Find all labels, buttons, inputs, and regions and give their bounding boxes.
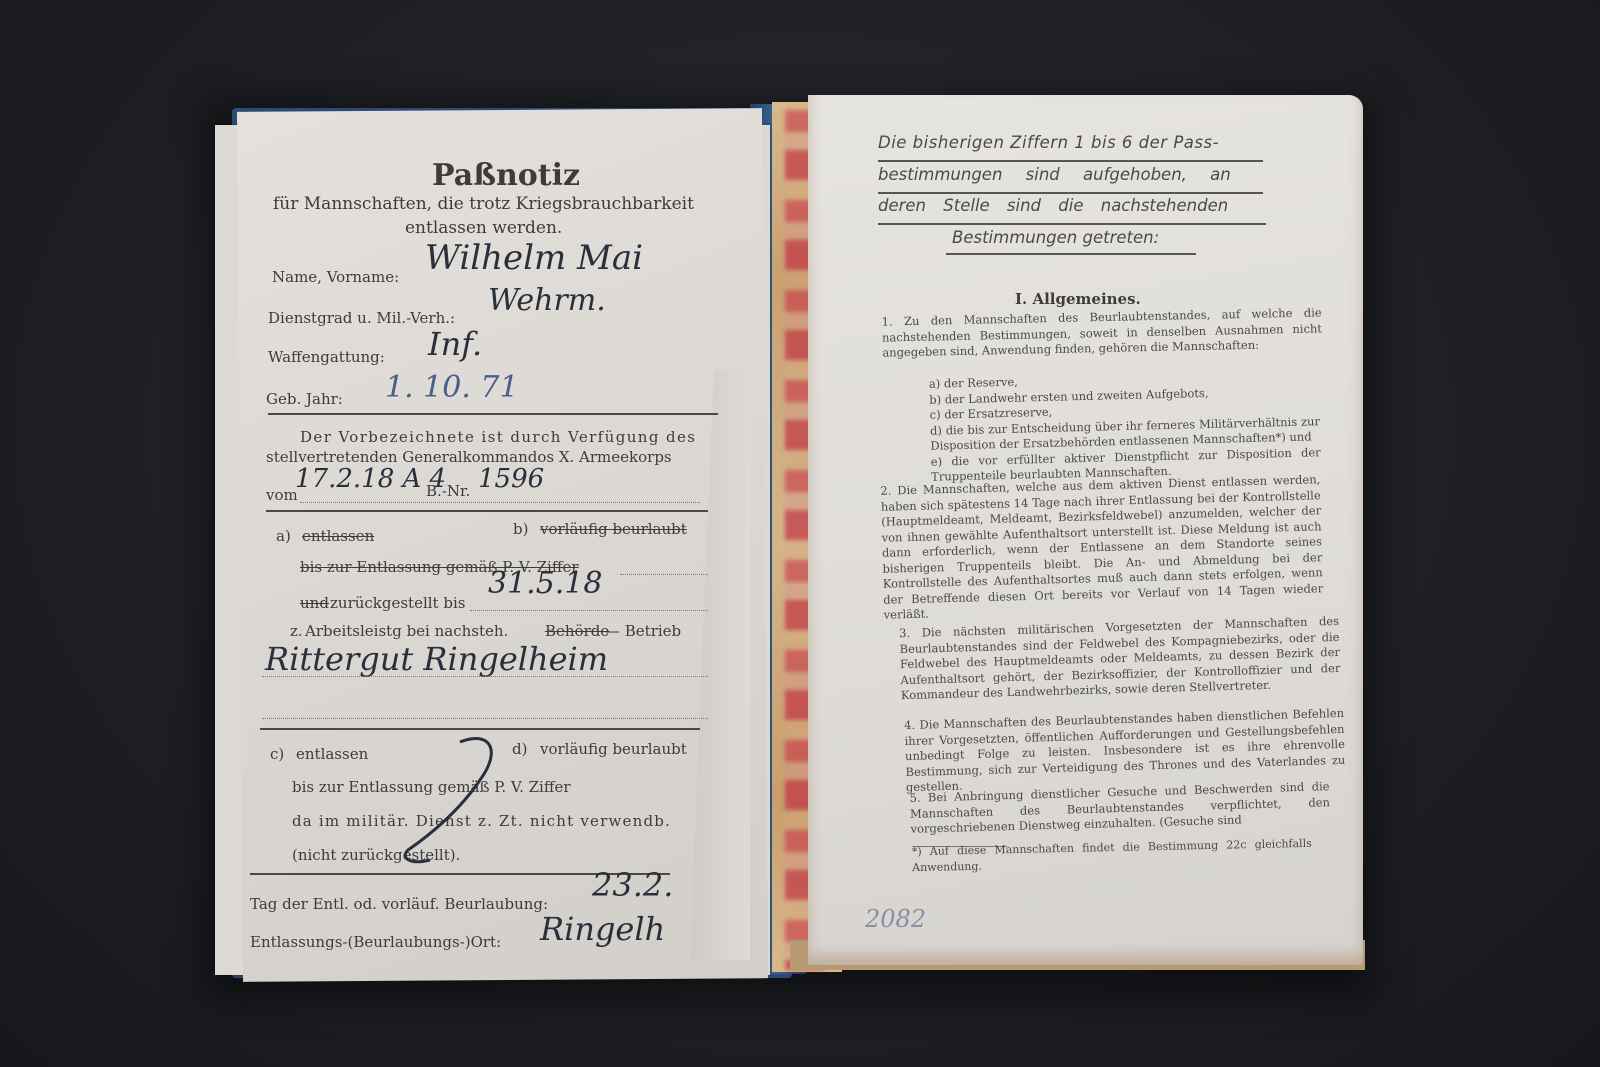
underline bbox=[946, 253, 1196, 255]
order-line1: Der Vorbezeichnete ist durch Verfügung d… bbox=[300, 428, 696, 446]
work-value: Rittergut Ringelheim bbox=[265, 640, 608, 678]
page-title: Paßnotiz bbox=[432, 158, 580, 193]
place-label: Entlassungs-(Beurlaubungs-)Ort: bbox=[250, 933, 501, 951]
rank-label: Dienstgrad u. Mil.-Verh.: bbox=[268, 309, 455, 327]
subtitle-line1: für Mannschaften, die trotz Kriegsbrauch… bbox=[273, 194, 694, 214]
option-b-label: b) bbox=[513, 520, 528, 538]
branch-label: Waffengattung: bbox=[268, 348, 385, 366]
divider bbox=[268, 413, 718, 415]
work-prefix: z. bbox=[290, 622, 303, 640]
option-d-text: vorläufig beurlaubt bbox=[540, 740, 687, 758]
und-text: und bbox=[300, 594, 329, 612]
header-line3: deren Stelle sind die nachstehenden bbox=[878, 196, 1228, 215]
rank-value: Wehrm. bbox=[488, 283, 606, 318]
list: a) der Reserve, b) der Landwehr ersten u… bbox=[929, 367, 1322, 485]
divider bbox=[266, 510, 708, 512]
underline bbox=[878, 223, 1266, 225]
handwritten-cancel-mark bbox=[390, 730, 510, 870]
bnr-label: B.-Nr. bbox=[426, 482, 470, 500]
subtitle-line2: entlassen werden. bbox=[405, 218, 562, 238]
work-suffix: — Betrieb bbox=[605, 622, 681, 640]
header-line1: Die bisherigen Ziffern 1 bis 6 der Pass- bbox=[878, 133, 1219, 152]
option-a-text: entlassen bbox=[302, 527, 374, 545]
deferred-text: zurückgestellt bis bbox=[330, 594, 465, 612]
header-line2: bestimmungen sind aufgehoben, an bbox=[878, 165, 1231, 184]
name-label: Name, Vorname: bbox=[272, 268, 399, 286]
vom-value: 17.2.18 A 4 bbox=[295, 464, 446, 494]
birth-value: 1. 10. 71 bbox=[385, 370, 519, 405]
underline bbox=[878, 160, 1263, 162]
dotted-line bbox=[470, 610, 708, 611]
branch-value: Inf. bbox=[428, 325, 482, 363]
dotted-line bbox=[620, 574, 708, 575]
option-a-label: a) bbox=[276, 527, 291, 545]
paragraph-2: 2. Die Mannschaften, welche aus dem akti… bbox=[880, 472, 1324, 623]
option-b-text: vorläufig beurlaubt bbox=[540, 520, 687, 538]
dotted-line bbox=[262, 676, 708, 677]
option-c-text: entlassen bbox=[296, 745, 368, 763]
bnr-value: 1596 bbox=[478, 464, 544, 494]
birth-label: Geb. Jahr: bbox=[266, 390, 343, 408]
vom-label: vom bbox=[266, 486, 298, 504]
dotted-line bbox=[262, 718, 708, 719]
underline bbox=[878, 192, 1263, 194]
option-c-label: c) bbox=[270, 745, 284, 763]
option-d-label: d) bbox=[512, 740, 527, 758]
section-title: I. Allgemeines. bbox=[1015, 290, 1141, 308]
pencil-inventory-number: 2082 bbox=[865, 905, 926, 933]
header-line4: Bestimmungen getreten: bbox=[952, 228, 1159, 247]
name-value: Wilhelm Mai bbox=[425, 238, 643, 278]
work-struck: Behörde bbox=[545, 622, 609, 640]
work-text: Arbeitsleistg bei nachsteh. bbox=[305, 622, 508, 640]
paragraph-3: 3. Die nächsten militärischen Vorgesetzt… bbox=[899, 614, 1341, 704]
place-value: Ringelh bbox=[540, 910, 665, 948]
date-label: Tag der Entl. od. vorläuf. Beurlaubung: bbox=[250, 895, 548, 913]
paragraph-1: 1. Zu den Mannschaften des Beurlaubtenst… bbox=[882, 305, 1323, 361]
dotted-line bbox=[300, 502, 700, 503]
date-value: 23.2. bbox=[592, 866, 673, 904]
deferred-value: 31.5.18 bbox=[488, 566, 603, 601]
